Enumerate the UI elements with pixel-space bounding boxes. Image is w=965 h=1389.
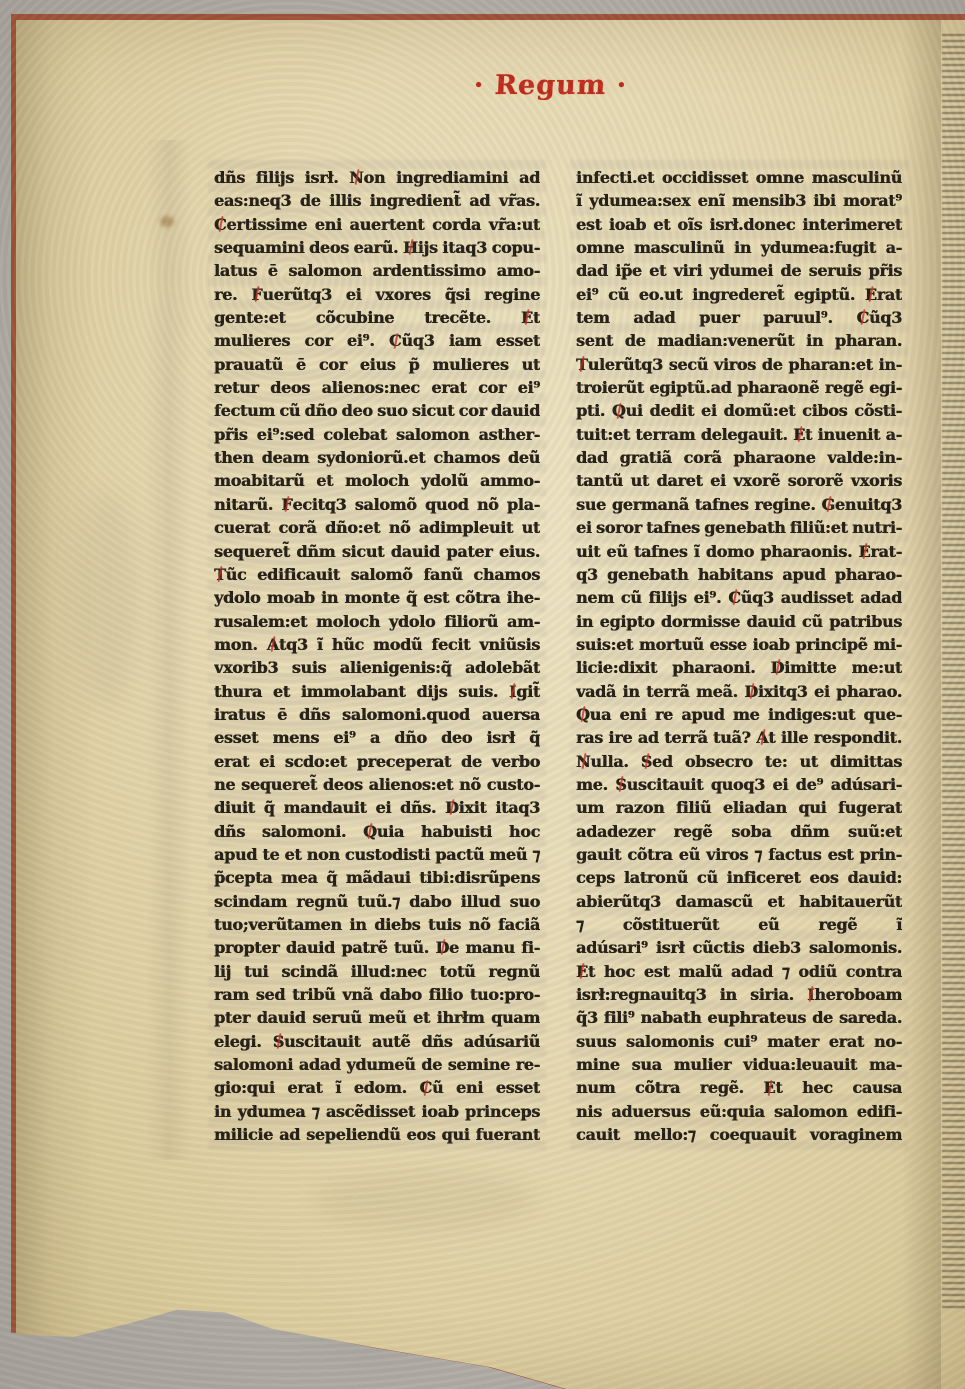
text-line: sue germanã tafnes regine. Genuitq3 <box>576 493 902 516</box>
text-line: elegi. Suscitauit autẽ dñs adúsariũ <box>214 1030 540 1053</box>
text-line: prauatũ ē cor eius p̃ mulieres ut seque- <box>214 353 540 376</box>
text-line: milicie ad sepeliendũ eos qui fuerant <box>214 1123 540 1146</box>
text-line: ceps latronũ cũ inficeret eos dauid: <box>576 866 902 889</box>
text-line: esset mens ei⁹ a dño deo isrł q̃ apparu- <box>214 726 540 749</box>
text-line: gio:qui erat ĩ edom. Cũ eni esset dauid <box>214 1076 540 1099</box>
text-line: isrł:regnauitq3 in siria. Iheroboam <box>576 983 902 1006</box>
text-line: ei⁹ cũ eo.ut ingrederet̃ egiptũ. Erat au… <box>576 283 902 306</box>
text-line: est ioab et oĩs isrł.donec interimeret <box>576 213 902 236</box>
gutter-shadow-left <box>16 20 96 1389</box>
text-line: latus ē salomon ardentissimo amo- <box>214 259 540 282</box>
text-line: ram sed tribũ vnã dabo filio tuo:pro- <box>214 983 540 1006</box>
text-line: in egipto dormisse dauid cũ patribus <box>576 610 902 633</box>
text-line: sent de madian:venerũt in pharan. <box>576 329 902 352</box>
text-line: in ydumea ⁊ ascẽdisset ioab princeps <box>214 1100 540 1123</box>
text-line: iratus ē dñs salomoni.quod auersa <box>214 703 540 726</box>
text-line: Qua eni re apud me indiges:ut que- <box>576 703 902 726</box>
text-line: infecti.et occidisset omne masculinũ <box>576 166 902 189</box>
text-line: moabitarũ et moloch ydolũ ammo- <box>214 469 540 492</box>
text-line: Et hoc est malũ adad ⁊ odiũ contra <box>576 960 902 983</box>
manuscript-page: · Regum · dñs filijs isrł. Non ingrediam… <box>16 20 965 1389</box>
text-line: ydolo moab in monte q̃ est cõtra ihe- <box>214 586 540 609</box>
text-line: dad gratiã corã pharaone valde:in- <box>576 446 902 469</box>
text-line: retur deos alienos:nec erat cor ei⁹ per- <box>214 376 540 399</box>
text-line: tantũ ut daret ei vxorẽ sororẽ vxoris <box>576 469 902 492</box>
text-line: me. Suscitauit quoq3 ei de⁹ adúsari- <box>576 773 902 796</box>
text-line: suis:et mortuũ esse ioab principẽ mi- <box>576 633 902 656</box>
text-line: vxorib3 suis alienigenis:q̃ adolebãt <box>214 656 540 679</box>
text-line: gauit cõtra eũ viros ⁊ factus est prin- <box>576 843 902 866</box>
running-title-rubric: · Regum · <box>135 70 965 101</box>
text-line: scindam regnũ tuũ.⁊ dabo illud suo <box>214 890 540 913</box>
text-line: re. Fuerũtq3 ei vxores q̃si regine septi… <box>214 283 540 306</box>
text-line: Tulerũtq3 secũ viros de pharan:et in- <box>576 353 902 376</box>
text-line: erat ei scdo:et preceperat de verbo hoc <box>214 750 540 773</box>
text-line: omne masculinũ in ydumea:fugit a- <box>576 236 902 259</box>
text-line: then deam sydoniorũ.et chamos deũ <box>214 446 540 469</box>
text-column-left: dñs filijs isrł. Non ingrediamini adeas:… <box>214 166 540 1146</box>
text-line: ⁊ cõstituerũt eũ regẽ ĩ damasco:eratq3 <box>576 913 902 936</box>
text-line: ei soror tafnes genebath filiũ:et nutri- <box>576 516 902 539</box>
text-line: um razon filiũ eliadan qui fugerat <box>576 796 902 819</box>
text-line: mulieres cor ei⁹. Cũq3 iam esset senex d… <box>214 329 540 352</box>
text-line: adadezer regẽ soba dñm suũ:et cõgre- <box>576 820 902 843</box>
text-line: dad ip̃e et viri ydumei de seruis pr̃is <box>576 259 902 282</box>
text-line: vadã in terrã meã. Dixitq3 ei pharao. <box>576 680 902 703</box>
text-line: ĩ ydumea:sex enĩ mensib3 ibi morat⁹ <box>576 189 902 212</box>
text-line: p̃cepta mea q̃ mãdaui tibi:disrũpens <box>214 866 540 889</box>
text-line: cuerat corã dño:et nõ adimpleuit ut <box>214 516 540 539</box>
text-line: fectum cũ dño deo suo sicut cor dauid <box>214 399 540 422</box>
vellum-crease <box>146 140 192 1160</box>
text-line: suus salomonis cui⁹ mater erat no- <box>576 1030 902 1053</box>
text-line: pter dauid seruũ meũ et ihrłm quam <box>214 1006 540 1029</box>
text-line: propter dauid patrẽ tuũ. De manu fi- <box>214 936 540 959</box>
text-line: apud te et non custodisti pactũ meũ ⁊ <box>214 843 540 866</box>
text-line: abierũtq3 damascũ et habitauerũt ibi: <box>576 890 902 913</box>
text-line: tuit:et terram delegauit. Et inuenit a- <box>576 423 902 446</box>
facing-page-gutter <box>942 34 965 1310</box>
text-line: salomoni adad ydumeũ de semine re- <box>214 1053 540 1076</box>
text-line: eas:neq3 de illis ingredient̃ ad vr̃as. <box>214 189 540 212</box>
text-line: adúsari⁹ isrł cũctis dieb3 salomonis. <box>576 936 902 959</box>
text-line: mon. Atq3 ĩ hũc modũ fecit vniũsis <box>214 633 540 656</box>
text-line: rusalem:et moloch ydolo filiorũ am- <box>214 610 540 633</box>
text-line: thura et immolabant dijs suis. Igit̃ <box>214 680 540 703</box>
photo-background: · Regum · dñs filijs isrł. Non ingrediam… <box>0 0 965 1389</box>
text-line: ras ire ad terrã tuã? At ille respondit. <box>576 726 902 749</box>
text-line: diuit q̃ mandauit ei dñs. Dixit itaq3 <box>214 796 540 819</box>
text-line: gente:et cõcubine trecẽte. Et auerterũt <box>214 306 540 329</box>
text-line: nem cũ filijs ei⁹. Cũq3 audisset adad <box>576 586 902 609</box>
text-line: troierũt egiptũ.ad pharaonẽ regẽ egi- <box>576 376 902 399</box>
text-line: mine sua mulier vidua:leuauit ma- <box>576 1053 902 1076</box>
text-line: sequamini deos earũ. Hijs itaq3 copu- <box>214 236 540 259</box>
text-line: num cõtra regẽ. Et hec causa rebellio- <box>576 1076 902 1099</box>
text-line: dñs salomoni. Quia habuisti hoc <box>214 820 540 843</box>
text-line: Tũc edificauit salomõ fanũ chamos <box>214 563 540 586</box>
text-line: q3 genebath habitans apud pharao- <box>576 563 902 586</box>
text-line: dñs filijs isrł. Non ingrediamini ad <box>214 166 540 189</box>
text-line: tuo;verũtamen in diebs tuis nõ faciã <box>214 913 540 936</box>
foxing-stain <box>76 490 136 710</box>
text-line: lij tui scindã illud:nec totũ regnũ aufe… <box>214 960 540 983</box>
text-line: ne sequeret̃ deos alienos:et nõ custo- <box>214 773 540 796</box>
text-line: nitarũ. Fecitq3 salomõ quod nõ pla- <box>214 493 540 516</box>
text-line: tem adad puer paruul⁹. Cũq3 surrexis- <box>576 306 902 329</box>
text-line: cauit mello:⁊ coequauit voraginem <box>576 1123 902 1146</box>
text-line: uit eũ tafnes ĩ domo pharaonis. Erat- <box>576 540 902 563</box>
foxing-stain <box>316 1170 536 1230</box>
text-line: sequeret̃ dñm sicut dauid pater eius. <box>214 540 540 563</box>
text-line: q̃3 fili⁹ nabath euphrateus de sareda. <box>576 1006 902 1029</box>
text-line: pr̃is ei⁹:sed colebat salomon asther- <box>214 423 540 446</box>
text-line: Certissime eni auertent corda vr̃a:ut <box>214 213 540 236</box>
text-line: Nulla. Sed obsecro te: ut dimittas <box>576 750 902 773</box>
text-line: pti. Qui dedit ei domũ:et cibos cõsti- <box>576 399 902 422</box>
text-line: licie:dixit pharaoni. Dimitte me:ut <box>576 656 902 679</box>
gutter-shadow-right <box>901 20 941 1389</box>
text-column-right: infecti.et occidisset omne masculinũĩ yd… <box>576 166 902 1146</box>
foxing-stain <box>160 216 174 227</box>
text-line: nis aduersus eũ:quia salomon edifi- <box>576 1100 902 1123</box>
